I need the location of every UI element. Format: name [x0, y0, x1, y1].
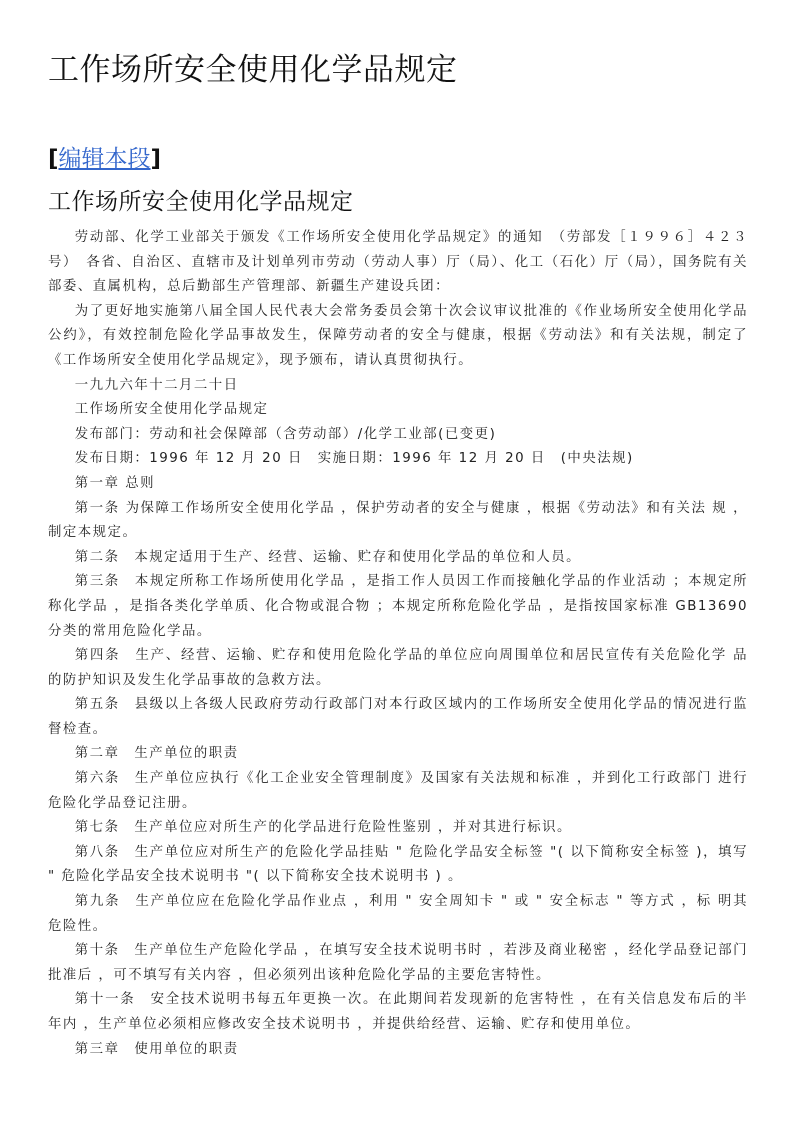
article-3: 第三条 本规定所称工作场所使用化学品 ，是指工作人员因工作而接触化学品的作业活动…: [48, 570, 748, 644]
paragraph-issuing-department: 发布部门：劳动和社会保障部（含劳动部）/化学工业部(已变更): [48, 423, 748, 448]
chapter-heading-3: 第三章 使用单位的职责: [48, 1038, 748, 1063]
paragraph-preamble: 为了更好地实施第八届全国人民代表大会常务委员会第十次会议审议批准的《作业场所安全…: [48, 300, 748, 374]
edit-section-row: [编辑本段]: [48, 143, 161, 175]
article-9: 第九条 生产单位应在危险化学品作业点 ，利用 " 安全周知卡 " 或 " 安全标…: [48, 890, 748, 939]
chapter-heading-2: 第二章 生产单位的职责: [48, 742, 748, 767]
article-2: 第二条 本规定适用于生产、经营、运输、贮存和使用化学品的单位和人员。: [48, 546, 748, 571]
close-bracket: ]: [151, 146, 162, 172]
article-11: 第十一条 安全技术说明书每五年更换一次。在此期间若发现新的危害特性 ，在有关信息…: [48, 988, 748, 1037]
article-4: 第四条 生产、经营、运输、贮存和使用危险化学品的单位应向周围单位和居民宣传有关危…: [48, 644, 748, 693]
paragraph-date: 一九九六年十二月二十日: [48, 374, 748, 399]
article-1: 第一条 为保障工作场所安全使用化学品 ，保护劳动者的安全与健康 ，根据《劳动法》…: [48, 497, 748, 546]
article-8: 第八条 生产单位应对所生产的危险化学品挂贴 " 危险化学品安全标签 "( 以下简…: [48, 841, 748, 890]
edit-section-link[interactable]: 编辑本段: [59, 146, 151, 172]
document-body: 劳动部、化学工业部关于颁发《工作场所安全使用化学品规定》的通知 （劳部发［１９９…: [48, 226, 748, 1062]
article-6: 第六条 生产单位应执行《化工企业安全管理制度》及国家有关法规和标准 ，并到化工行…: [48, 767, 748, 816]
article-5: 第五条 县级以上各级人民政府劳动行政部门对本行政区域内的工作场所安全使用化学品的…: [48, 693, 748, 742]
chapter-heading-1: 第一章 总则: [48, 472, 748, 497]
open-bracket: [: [48, 146, 59, 172]
page-title: 工作场所安全使用化学品规定: [48, 50, 458, 90]
section-heading: 工作场所安全使用化学品规定: [48, 185, 354, 219]
paragraph-issue-dates: 发布日期：1996 年 12 月 20 日 实施日期：1996 年 12 月 2…: [48, 447, 748, 472]
article-7: 第七条 生产单位应对所生产的化学品进行危险性鉴别 ，并对其进行标识。: [48, 816, 748, 841]
paragraph-regulation-title: 工作场所安全使用化学品规定: [48, 398, 748, 423]
paragraph-notice: 劳动部、化学工业部关于颁发《工作场所安全使用化学品规定》的通知 （劳部发［１９９…: [48, 226, 748, 300]
article-10: 第十条 生产单位生产危险化学品 ，在填写安全技术说明书时 ，若涉及商业秘密 ，经…: [48, 939, 748, 988]
